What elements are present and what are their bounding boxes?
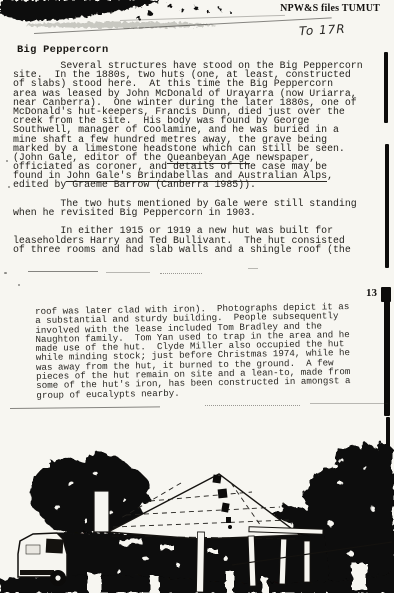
verandah-post — [248, 536, 256, 586]
scan-speck — [18, 284, 20, 286]
handwritten-note: To 17R — [299, 22, 346, 38]
scan-line — [205, 405, 300, 406]
scan-line — [10, 406, 160, 409]
binding-mark — [384, 298, 390, 416]
verandah-post — [304, 541, 310, 582]
verandah-post — [196, 532, 204, 592]
text-block-2: roof was later clad with iron). Photogra… — [35, 302, 351, 400]
file-label: NPW&S files TUMUT — [280, 3, 380, 14]
scan-line — [28, 271, 98, 272]
scan-line — [248, 268, 258, 269]
text-block-1: Several structures have stood on the Big… — [13, 61, 363, 254]
text-line: when he revisited Big Peppercorn in 1903… — [13, 208, 363, 217]
verandah-post — [279, 539, 287, 584]
scan-line — [310, 403, 388, 404]
page-number: 13 — [366, 287, 377, 299]
document-heading: Big Peppercorn — [17, 44, 109, 56]
text-line: of three rooms and had slab walls and a … — [13, 245, 363, 254]
scan-line — [160, 273, 202, 274]
hut-photo — [0, 413, 394, 593]
binding-mark — [385, 144, 389, 268]
chimney — [94, 491, 109, 532]
scan-artifact-blob — [0, 0, 250, 42]
scanned-document-page: NPW&S files TUMUT To 17R Big Peppercorn … — [0, 0, 394, 593]
scan-speck — [4, 272, 7, 274]
scan-speck — [6, 160, 8, 162]
scan-line — [106, 272, 150, 273]
truck-window — [46, 539, 64, 554]
scan-speck — [8, 186, 10, 188]
binding-mark — [384, 52, 388, 123]
